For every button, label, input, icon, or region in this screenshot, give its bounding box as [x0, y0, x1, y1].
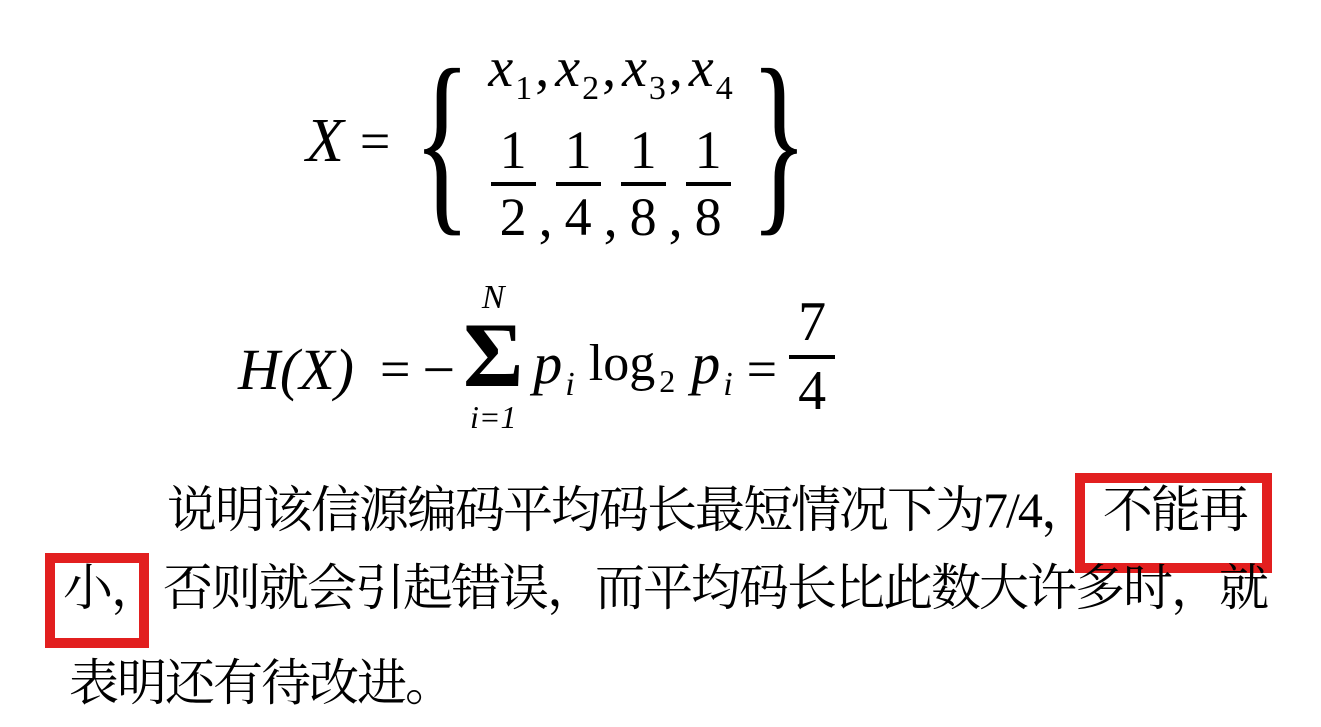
comma: ,	[532, 37, 555, 99]
fraction-denominator: 8	[630, 186, 657, 246]
symbol-base: x	[555, 37, 580, 99]
line1-text: 说明该信源编码平均码长最短情况下为7/4，	[167, 482, 1089, 538]
sum-lower-limit: i=1	[470, 401, 516, 433]
comma: ,	[536, 186, 556, 250]
fraction-numerator: 1	[556, 122, 601, 186]
summation: N Σ i=1	[463, 281, 523, 432]
probability-row: 12,14,18,18	[491, 122, 731, 246]
set-variable: X	[306, 106, 344, 177]
p-subscript: i	[723, 366, 732, 403]
equals-sign: =	[344, 110, 406, 172]
result-fraction: 74	[789, 293, 835, 422]
log-base: log	[589, 335, 655, 392]
p-term: pi	[533, 330, 574, 404]
entropy-lhs: H(X)	[238, 336, 354, 403]
set-symbol: x2	[555, 37, 599, 99]
equals-sign: =	[747, 338, 777, 400]
paragraph-line-3: 表明还有待改进。	[69, 655, 453, 711]
symbol-subscript: 4	[716, 70, 733, 107]
formula-entropy: H(X) = − N Σ i=1 pi log2 pi = 74	[238, 278, 835, 436]
right-brace: }	[750, 30, 808, 253]
set-symbol: x4	[689, 37, 733, 99]
p-term: pi	[691, 330, 732, 404]
symbol-subscript: 2	[582, 70, 599, 107]
symbol-base: x	[622, 37, 647, 99]
fraction-denominator: 8	[695, 186, 722, 246]
p-base: p	[533, 331, 562, 396]
set-matrix: x1,x2,x3,x4 12,14,18,18	[478, 36, 742, 246]
fraction-denominator: 4	[565, 186, 592, 246]
document-page: X = { x1,x2,x3,x4 12,14,18,18 } H(X) = −…	[0, 0, 1321, 727]
symbol-subscript: 3	[649, 70, 666, 107]
symbol-base: x	[689, 37, 714, 99]
fraction-numerator: 7	[789, 293, 835, 359]
fraction-denominator: 4	[798, 359, 826, 421]
formula-set-definition: X = { x1,x2,x3,x4 12,14,18,18 }	[306, 16, 815, 266]
probability-fraction: 18	[621, 122, 666, 246]
comma: ,	[666, 186, 686, 250]
line1-boxed-text: 不能再	[1103, 482, 1247, 538]
comma: ,	[666, 37, 689, 99]
set-symbol: x3	[622, 37, 666, 99]
probability-fraction: 14	[556, 122, 601, 246]
comma: ,	[601, 186, 621, 250]
symbol-row: x1,x2,x3,x4	[488, 36, 732, 108]
paragraph-line-2: 小，否则就会引起错误，而平均码长比此数大许多时，就	[63, 560, 1267, 616]
fraction-numerator: 1	[686, 122, 731, 186]
sigma-symbol: Σ	[463, 318, 523, 393]
line2-text: 否则就会引起错误，而平均码长比此数大许多时，就	[163, 560, 1267, 616]
log-subscript: 2	[659, 363, 675, 399]
p-base: p	[691, 331, 720, 396]
fraction-denominator: 2	[500, 186, 527, 246]
set-symbol: x1	[488, 37, 532, 99]
log-term: log2	[589, 334, 675, 400]
equals-sign: =	[380, 338, 410, 400]
highlight-box-1: 不能再	[1103, 482, 1247, 538]
probability-fraction: 12	[491, 122, 536, 246]
paragraph-line-1: 说明该信源编码平均码长最短情况下为7/4，不能再	[167, 482, 1247, 538]
comma: ,	[599, 37, 622, 99]
symbol-base: x	[488, 37, 513, 99]
left-brace: {	[414, 30, 472, 253]
fraction-numerator: 1	[491, 122, 536, 186]
p-subscript: i	[565, 366, 574, 403]
highlight-box-2: 小，	[63, 560, 159, 616]
minus-sign: −	[422, 336, 455, 403]
symbol-subscript: 1	[515, 70, 532, 107]
line2-boxed-text: 小，	[63, 560, 159, 616]
fraction-numerator: 1	[621, 122, 666, 186]
line3-text: 表明还有待改进。	[69, 655, 453, 711]
probability-fraction: 18	[686, 122, 731, 246]
